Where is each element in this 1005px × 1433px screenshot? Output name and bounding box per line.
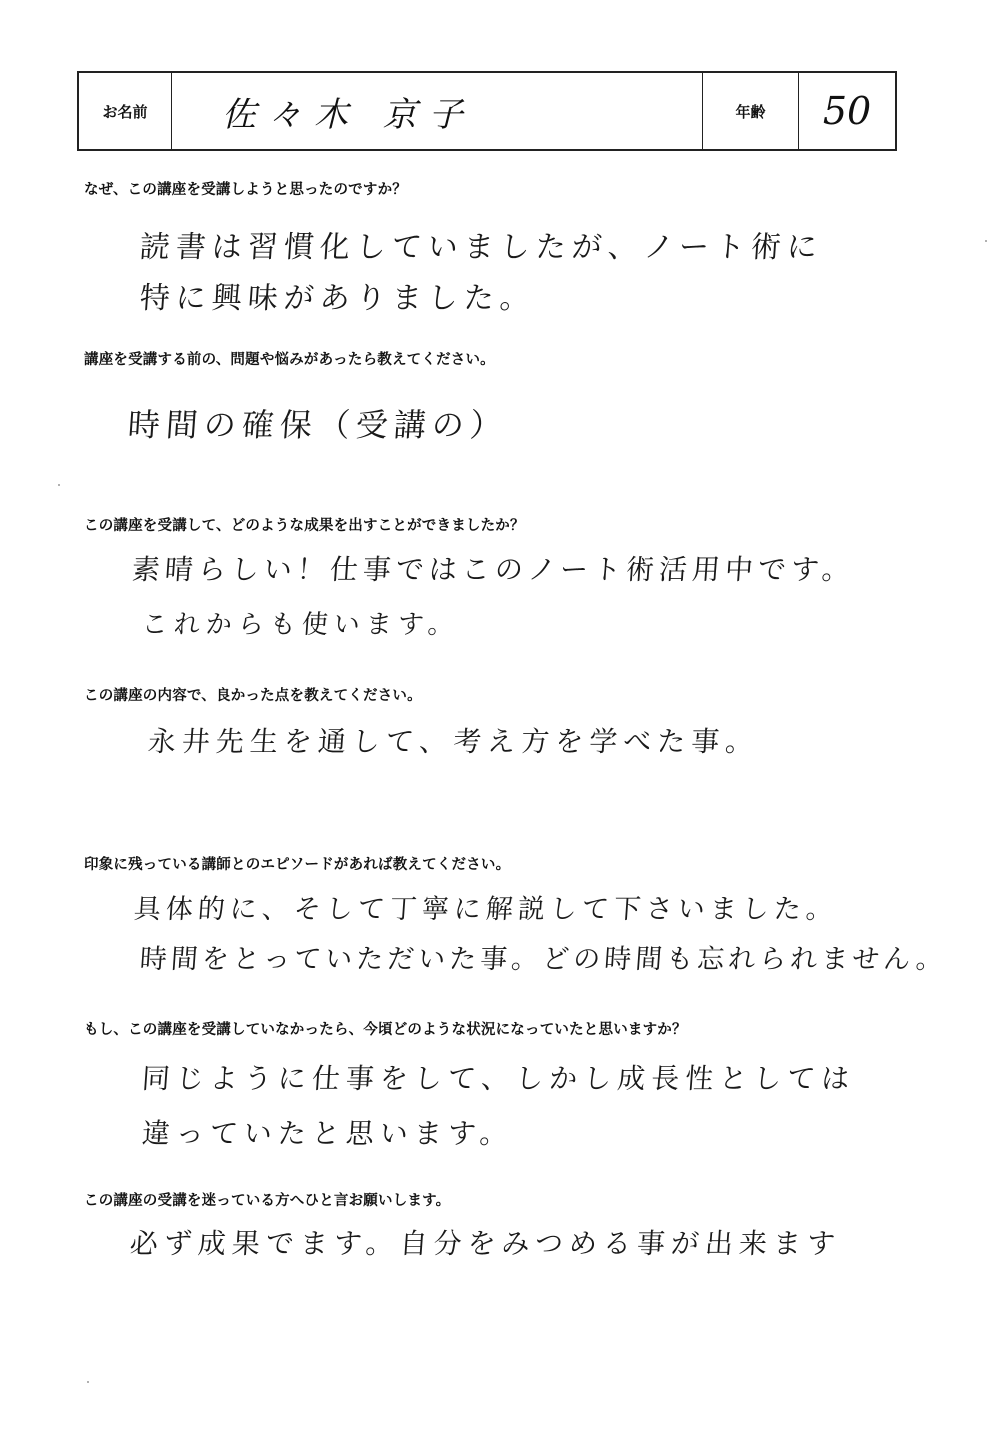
answer-1-line-2: 特に興味がありました。 <box>138 273 537 317</box>
name-value: 佐々木 京子 <box>172 73 703 149</box>
answer-3-line-1: 素晴らしい！仕事ではこのノート術活用中です。 <box>131 548 857 588</box>
age-label: 年齢 <box>703 73 799 149</box>
question-3: この講座を受講して、どのような成果を出すことができましたか？ <box>84 514 525 535</box>
answer-2-line-1: 時間の確保（受講の） <box>126 400 509 446</box>
answer-4-line-1: 永井先生を通して、考え方を学べた事。 <box>147 720 761 760</box>
scan-speck <box>87 1381 89 1383</box>
question-5: 印象に残っている講師とのエピソードがあれば教えてください。 <box>84 853 510 874</box>
question-2: 講座を受講する前の、問題や悩みがあったら教えてください。 <box>84 348 495 369</box>
answer-7-line-1: 必ず成果でます。自分をみつめる事が出来ます <box>129 1222 843 1262</box>
name-label: お名前 <box>79 73 172 149</box>
question-1: なぜ、この講座を受講しようと思ったのですか？ <box>84 178 407 199</box>
answer-1-line-1: 読書は習慣化していましたが、ノート術に <box>138 222 824 266</box>
question-4: この講座の内容で、良かった点を教えてください。 <box>84 684 422 705</box>
answer-5-line-2: 時間をとっていただいた事。どの時間も忘れられません。 <box>139 937 949 976</box>
question-6: もし、この講座を受講していなかったら、今頃どのような状況になっていたと思いますか… <box>84 1018 687 1039</box>
name-age-header: お名前 佐々木 京子 年齢 50 <box>77 71 897 151</box>
answer-3-line-2: これからも使います。 <box>141 604 462 641</box>
scan-speck <box>985 240 987 242</box>
answer-6-line-1: 同じように仕事をして、しかし成長性としては <box>141 1057 857 1097</box>
question-7: この講座の受講を迷っている方へひと言お願いします。 <box>84 1189 450 1210</box>
answer-5-line-1: 具体的に、そして丁寧に解説して下さいました。 <box>133 887 840 926</box>
answer-6-line-2: 違っていたと思います。 <box>141 1112 516 1152</box>
scan-speck <box>58 484 60 486</box>
age-value: 50 <box>799 73 895 149</box>
